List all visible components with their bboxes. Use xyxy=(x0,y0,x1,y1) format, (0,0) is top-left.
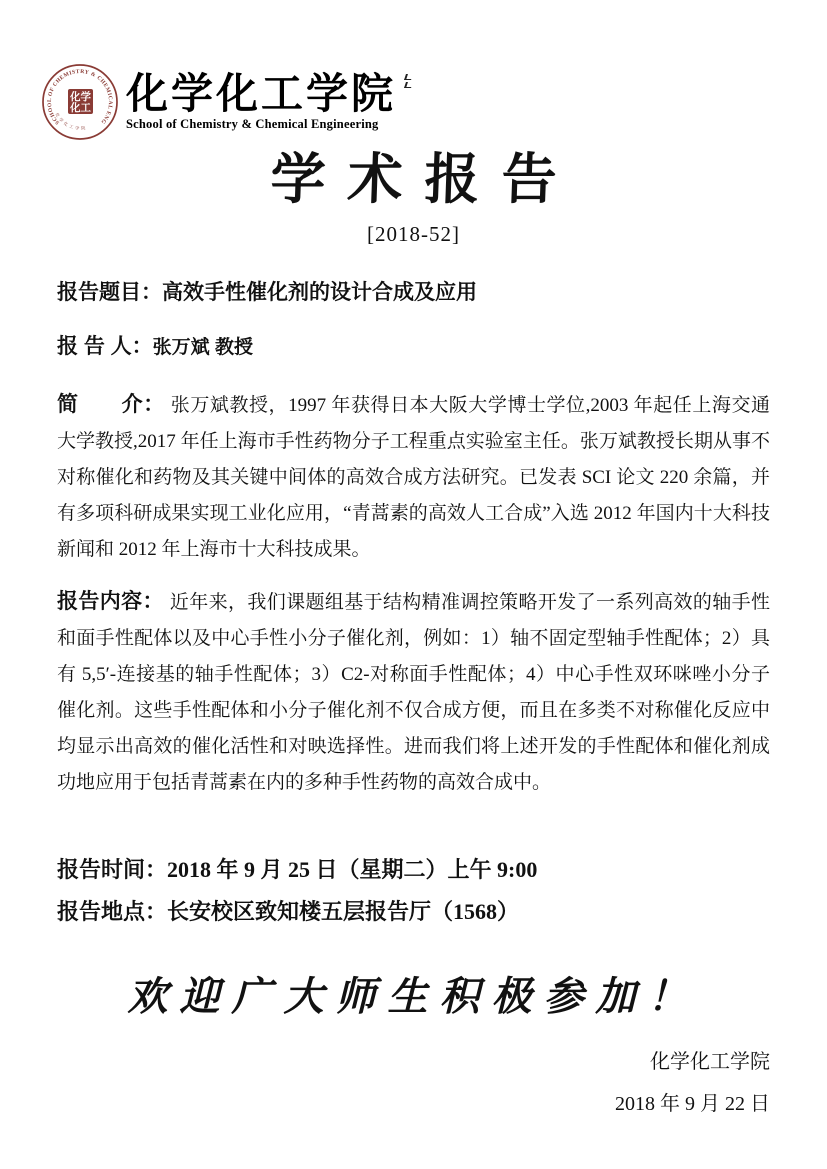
school-seal-icon: SCHOOL OF CHEMISTRY & CHEMICAL ENGINEERI… xyxy=(40,62,120,142)
footer-organization: 化学化工学院 xyxy=(57,1047,770,1077)
document-body: 报告题目：高效手性催化剂的设计合成及应用 报 告 人：张万斌 教授 简 介：张万… xyxy=(0,279,827,1119)
bio-label: 简 介： xyxy=(57,393,171,416)
venue-value: 长安校区致知楼五层报告厅（1568） xyxy=(167,899,519,924)
content-label: 报告内容： xyxy=(57,590,170,613)
bio-text: 张万斌教授，1997 年获得日本大阪大学博士学位,2003 年起任上海交通大学教… xyxy=(57,395,770,560)
logo-text-block: 化学化工学院 School of Chemistry & Chemical En… xyxy=(126,72,396,132)
topic-line: 报告题目：高效手性催化剂的设计合成及应用 xyxy=(57,279,770,306)
signature-block: 化学化工学院 2018 年 9 月 22 日 xyxy=(57,1047,770,1119)
content-paragraph: 报告内容：近年来，我们课题组基于结构精准调控策略开发了一系列高效的轴手性和面手性… xyxy=(57,584,770,801)
welcome-calligraphy: 欢迎广大师生积极参加！ xyxy=(57,973,770,1021)
document-title: 学术报告 xyxy=(0,148,827,210)
speaker-value: 张万斌 教授 xyxy=(153,337,253,358)
school-name-calligraphy: 化学化工学院 xyxy=(126,72,396,116)
topic-label: 报告题目： xyxy=(57,281,162,304)
document-page: SCHOOL OF CHEMISTRY & CHEMICAL ENGINEERI… xyxy=(0,0,827,1169)
time-line: 报告时间：2018 年 9 月 25 日（星期二）上午 9:00 xyxy=(57,857,770,883)
logo-signature-mark xyxy=(405,74,412,96)
footer-date: 2018 年 9 月 22 日 xyxy=(57,1089,770,1119)
letterhead: SCHOOL OF CHEMISTRY & CHEMICAL ENGINEERI… xyxy=(0,0,827,142)
seal-center-text-2: 化工 xyxy=(69,101,91,114)
bio-paragraph: 简 介：张万斌教授，1997 年获得日本大阪大学博士学位,2003 年起任上海交… xyxy=(57,387,770,568)
issue-number: [2018-52] xyxy=(0,222,827,247)
venue-line: 报告地点：长安校区致知楼五层报告厅（1568） xyxy=(57,899,770,925)
school-name-english: School of Chemistry & Chemical Engineeri… xyxy=(126,117,396,132)
time-label: 报告时间： xyxy=(57,857,167,882)
speaker-label: 报 告 人： xyxy=(57,335,153,358)
content-text: 近年来，我们课题组基于结构精准调控策略开发了一系列高效的轴手性和面手性配体以及中… xyxy=(57,592,770,793)
speaker-line: 报 告 人：张万斌 教授 xyxy=(57,333,770,361)
venue-label: 报告地点： xyxy=(57,899,167,924)
time-value: 2018 年 9 月 25 日（星期二）上午 9:00 xyxy=(167,857,537,882)
topic-value: 高效手性催化剂的设计合成及应用 xyxy=(162,281,477,304)
